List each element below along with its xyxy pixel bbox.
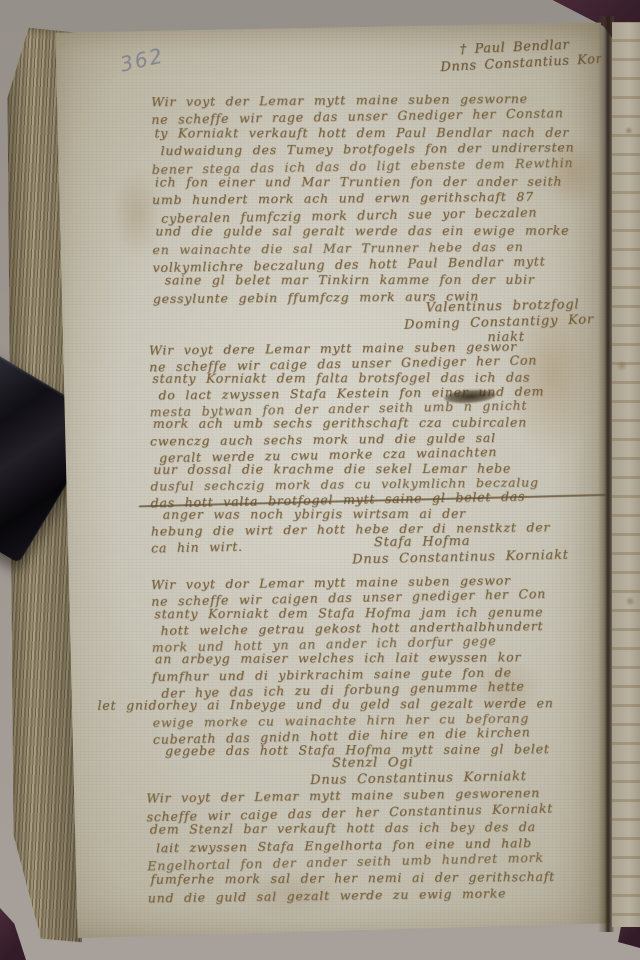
manuscript-photograph: 362 † Paul Bendlar Dnns Constantius Korn…: [0, 0, 640, 960]
page-vignette: [52, 18, 610, 938]
maroon-cloth-bottom-left: [0, 908, 26, 960]
manuscript-page: 362 † Paul Bendlar Dnns Constantius Korn…: [52, 18, 610, 938]
facing-page-sliver: [612, 22, 640, 927]
